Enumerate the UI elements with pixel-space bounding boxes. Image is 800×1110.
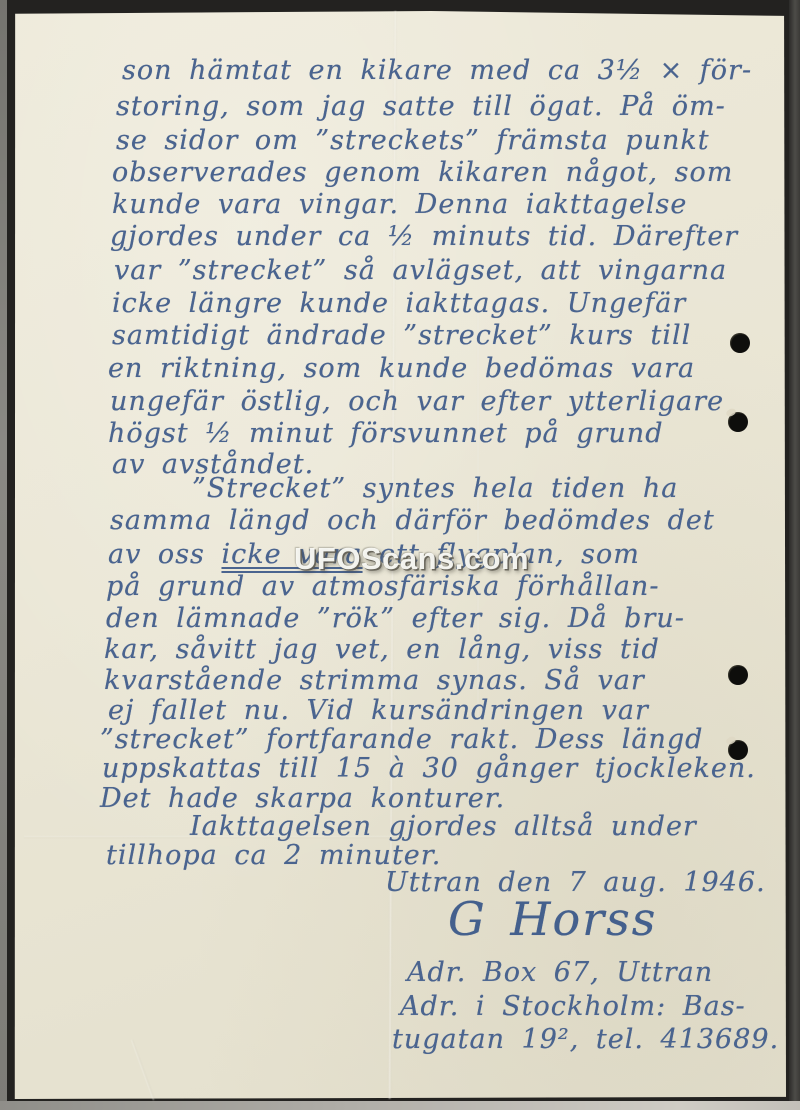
- letter-line: ”strecket” fortfarande rakt. Dess längd: [100, 725, 703, 755]
- letter-line: ”Strecket” syntes hela tiden ha: [192, 474, 678, 504]
- letter-line: uppskattas till 15 à 30 gånger tjockleke…: [102, 754, 756, 784]
- letter-line: se sidor om ”streckets” främsta punkt: [116, 126, 710, 156]
- scan-edge-left: [0, 0, 7, 1110]
- address-line: Adr. Box 67, Uttran: [407, 958, 713, 988]
- punch-hole: [728, 412, 748, 432]
- letter-line: var ”strecket” så avlägset, att vingarna: [114, 256, 727, 286]
- punch-hole: [728, 665, 748, 685]
- letter-line: observerades genom kikaren något, som: [112, 158, 733, 188]
- address-line: Adr. i Stockholm: Bas-: [400, 992, 746, 1022]
- letter-line: son hämtat en kikare med ca 3½ × för-: [122, 56, 752, 86]
- letter-line: storing, som jag satte till ögat. På öm-: [116, 92, 726, 122]
- signature: G Horss: [448, 894, 657, 945]
- letter-line: Det hade skarpa konturer.: [100, 784, 505, 814]
- punch-hole: [730, 333, 750, 353]
- scan-edge-right: [789, 0, 800, 1110]
- letter-line: ungefär östlig, och var efter ytterligar…: [110, 387, 724, 417]
- address-line: tugatan 19², tel. 413689.: [392, 1025, 779, 1055]
- watermark: UFOScans.com: [294, 541, 529, 577]
- letter-line: icke längre kunde iakttagas. Ungefär: [112, 289, 686, 319]
- letter-line: en riktning, som kunde bedömas vara: [108, 354, 695, 384]
- scanned-letter-page: son hämtat en kikare med ca 3½ × för-sto…: [0, 0, 800, 1110]
- letter-line: gjordes under ca ½ minuts tid. Därefter: [110, 222, 738, 252]
- letter-line: ej fallet nu. Vid kursändringen var: [108, 696, 649, 726]
- letter-line: Iakttagelsen gjordes alltså under: [190, 812, 697, 842]
- letter-line: samma längd och därför bedömdes det: [110, 506, 715, 536]
- letter-line: kar, såvitt jag vet, en lång, viss tid: [104, 635, 660, 665]
- letter-line: högst ½ minut försvunnet på grund: [108, 419, 663, 449]
- letter-line: den lämnade ”rök” efter sig. Då bru-: [106, 604, 685, 634]
- scan-edge-bottom: [0, 1101, 800, 1110]
- letter-line: samtidigt ändrade ”strecket” kurs till: [112, 321, 691, 351]
- letter-line: kvarstående strimma synas. Så var: [104, 666, 645, 696]
- letter-line: kunde vara vingar. Denna iakttagelse: [112, 190, 687, 220]
